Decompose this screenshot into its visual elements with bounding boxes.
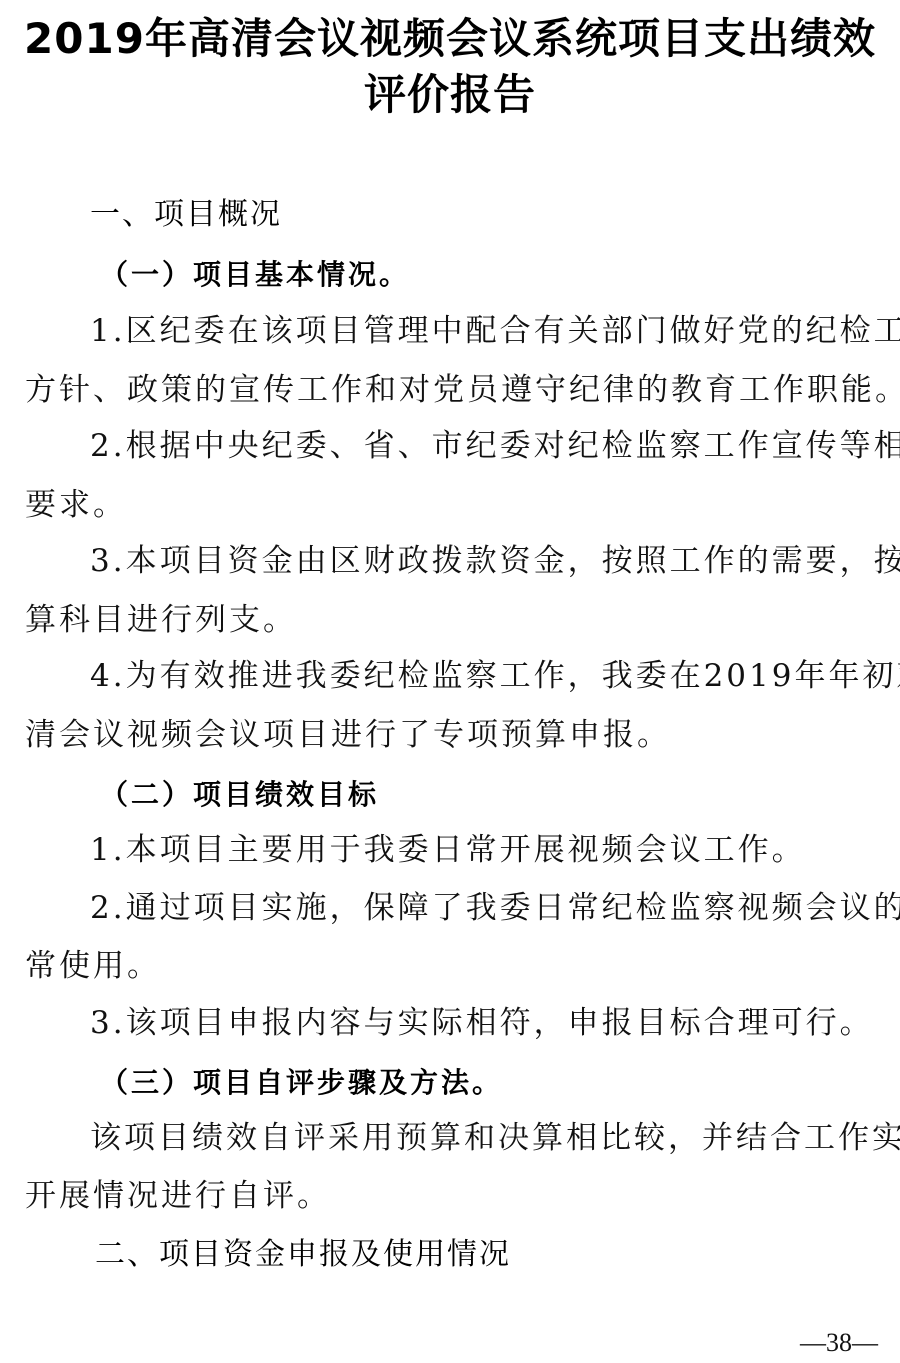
subsection-heading-performance-goals: （二）项目绩效目标 — [100, 777, 379, 813]
section-heading-funding: 二、项目资金申报及使用情况 — [95, 1237, 511, 1273]
document-title-line-2: 评价报告 — [0, 71, 900, 119]
paragraph-line: 清会议视频会议项目进行了专项预算申报。 — [25, 717, 671, 753]
subsection-heading-self-evaluation: （三）项目自评步骤及方法。 — [100, 1065, 503, 1101]
paragraph-line: 3.该项目申报内容与实际相符，申报目标合理可行。 — [90, 1005, 874, 1041]
paragraph-line: 1.本项目主要用于我委日常开展视频会议工作。 — [90, 832, 806, 868]
paragraph-line: 4.为有效推进我委纪检监察工作，我委在2019年年初对高 — [90, 658, 900, 694]
paragraph-line: 2.根据中央纪委、省、市纪委对纪检监察工作宣传等相关 — [90, 428, 900, 464]
paragraph-line: 方针、政策的宣传工作和对党员遵守纪律的教育工作职能。 — [25, 372, 900, 408]
section-heading-overview: 一、项目概况 — [90, 197, 282, 233]
document-title-line-1: 2019年高清会议视频会议系统项目支出绩效 — [0, 15, 900, 63]
paragraph-line: 1.区纪委在该项目管理中配合有关部门做好党的纪检工作 — [90, 313, 900, 349]
paragraph-line: 该项目绩效自评采用预算和决算相比较，并结合工作实际 — [90, 1120, 900, 1156]
paragraph-line: 开展情况进行自评。 — [25, 1178, 331, 1214]
subsection-heading-basic-info: （一）项目基本情况。 — [100, 257, 410, 293]
paragraph-line: 算科目进行列支。 — [25, 602, 297, 638]
page-number: —38— — [800, 1328, 878, 1358]
paragraph-line: 3.本项目资金由区财政拨款资金，按照工作的需要，按预 — [90, 543, 900, 579]
paragraph-line: 2.通过项目实施，保障了我委日常纪检监察视频会议的正 — [90, 890, 900, 926]
paragraph-line: 要求。 — [25, 487, 127, 523]
paragraph-line: 常使用。 — [25, 948, 161, 984]
